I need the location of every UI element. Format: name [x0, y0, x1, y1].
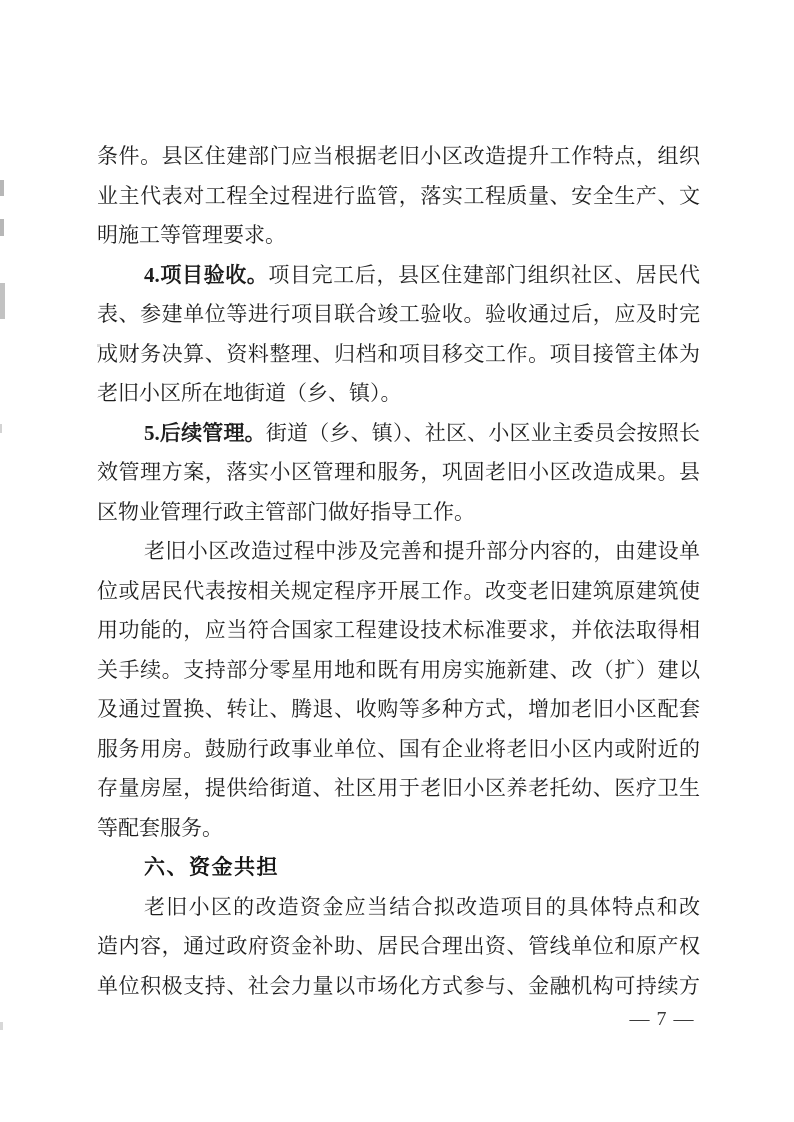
text-line: 及通过置换、转让、腾退、收购等多种方式，增加老旧小区配套	[97, 690, 700, 730]
text-line: 关手续。支持部分零星用地和既有用房实施新建、改（扩）建以	[97, 651, 700, 691]
text-line: 条件。县区住建部门应当根据老旧小区改造提升工作特点，组织	[97, 137, 700, 177]
text-line: 用功能的，应当符合国家工程建设技术标准要求，并依法取得相	[97, 611, 700, 651]
scan-artifact	[0, 180, 4, 196]
text-line: 老旧小区所在地街道（乡、镇）。	[97, 374, 700, 414]
text-line: 效管理方案，落实小区管理和服务，巩固老旧小区改造成果。县	[97, 453, 700, 493]
text-line: 六、资金共担	[97, 848, 700, 888]
scan-artifact	[0, 219, 4, 236]
section-heading: 六、资金共担	[97, 848, 700, 888]
body-paragraph: 5.后续管理。街道（乡、镇）、社区、小区业主委员会按照长效管理方案，落实小区管理…	[97, 414, 700, 533]
text-line: 存量房屋，提供给街道、社区用于老旧小区养老托幼、医疗卫生	[97, 769, 700, 809]
text-line: 明施工等管理要求。	[97, 216, 700, 256]
body-paragraph: 老旧小区的改造资金应当结合拟改造项目的具体特点和改造内容，通过政府资金补助、居民…	[97, 888, 700, 1007]
text-line: 单位积极支持、社会力量以市场化方式参与、金融机构可持续方	[97, 967, 700, 1007]
body-paragraph: 条件。县区住建部门应当根据老旧小区改造提升工作特点，组织业主代表对工程全过程进行…	[97, 137, 700, 256]
text-line: 位或居民代表按相关规定程序开展工作。改变老旧建筑原建筑使	[97, 572, 700, 612]
text-line: 区物业管理行政主管部门做好指导工作。	[97, 493, 700, 533]
text-line: 成财务决算、资料整理、归档和项目移交工作。项目接管主体为	[97, 335, 700, 375]
text-line: 5.后续管理。街道（乡、镇）、社区、小区业主委员会按照长	[97, 414, 700, 454]
text-line: 业主代表对工程全过程进行监管，落实工程质量、安全生产、文	[97, 177, 700, 217]
text-line: 表、参建单位等进行项目联合竣工验收。验收通过后，应及时完	[97, 295, 700, 335]
text-line: 造内容，通过政府资金补助、居民合理出资、管线单位和原产权	[97, 927, 700, 967]
text-line: 等配套服务。	[97, 809, 700, 849]
document-body: 条件。县区住建部门应当根据老旧小区改造提升工作特点，组织业主代表对工程全过程进行…	[97, 137, 700, 1006]
text-line: 老旧小区的改造资金应当结合拟改造项目的具体特点和改	[97, 888, 700, 928]
scanned-document-page: 条件。县区住建部门应当根据老旧小区改造提升工作特点，组织业主代表对工程全过程进行…	[0, 0, 794, 1122]
bold-lead-in: 5.后续管理。	[144, 421, 266, 445]
text-line: 老旧小区改造过程中涉及完善和提升部分内容的，由建设单	[97, 532, 700, 572]
body-paragraph: 老旧小区改造过程中涉及完善和提升部分内容的，由建设单位或居民代表按相关规定程序开…	[97, 532, 700, 848]
bold-lead-in: 4.项目验收。	[144, 263, 268, 287]
scan-artifact	[0, 424, 2, 433]
text-line: 4.项目验收。项目完工后，县区住建部门组织社区、居民代	[97, 256, 700, 296]
body-paragraph: 4.项目验收。项目完工后，县区住建部门组织社区、居民代表、参建单位等进行项目联合…	[97, 256, 700, 414]
text-line: 服务用房。鼓励行政事业单位、国有企业将老旧小区内或附近的	[97, 730, 700, 770]
page-number: — 7 —	[624, 1008, 700, 1031]
scan-artifact	[0, 283, 5, 319]
scan-artifact	[0, 1022, 3, 1030]
